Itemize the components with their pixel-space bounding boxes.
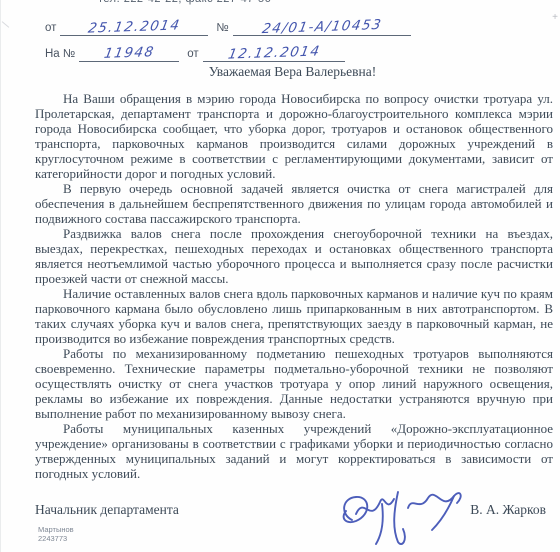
incoming-number-field: 11948 bbox=[79, 47, 179, 63]
body-paragraph: На Ваши обращения в мэрию города Новосиб… bbox=[35, 91, 553, 181]
reply-from-label: от bbox=[179, 48, 202, 62]
body-paragraph: Наличие оставленных валов снега вдоль па… bbox=[35, 286, 553, 346]
reply-label: На № bbox=[45, 48, 79, 62]
body-paragraph: В первую очередь основной задачей являет… bbox=[35, 181, 553, 226]
letter-body: На Ваши обращения в мэрию города Новосиб… bbox=[35, 91, 553, 481]
signer-name: В. А. Жарков bbox=[470, 502, 546, 518]
executor-phone: 2243773 bbox=[38, 535, 74, 544]
executor-note: Мартынов 2243773 bbox=[38, 526, 74, 543]
outgoing-number-handwritten: 24/01-А/10453 bbox=[261, 18, 383, 36]
from-label: от bbox=[45, 22, 60, 36]
body-paragraph: Работы по механизированному подметанию п… bbox=[35, 346, 553, 421]
outgoing-date-field: 25.12.2014 bbox=[60, 21, 208, 37]
reference-block: от 25.12.2014 № 24/01-А/10453 На № 11948… bbox=[45, 12, 411, 62]
incoming-date-field: 12.12.2014 bbox=[203, 47, 345, 63]
outgoing-date-handwritten: 25.12.2014 bbox=[87, 19, 182, 36]
scan-edge-artifact bbox=[0, 0, 1, 552]
incoming-number-handwritten: 11948 bbox=[103, 46, 156, 61]
scanned-letter-page: + тел. 222-42-22, факс 227-47-56 от 25.1… bbox=[0, 0, 560, 552]
salutation: Уважаемая Вера Валерьевна! bbox=[35, 64, 550, 80]
body-paragraph: Раздвижка валов снега после прохождения … bbox=[35, 226, 553, 286]
handwritten-signature bbox=[336, 484, 471, 550]
scan-corner-speck bbox=[2, 21, 10, 28]
body-paragraph: Работы муниципальных казенных учреждений… bbox=[35, 421, 553, 481]
letterhead-contact-line: тел. 222-42-22, факс 227-47-56 bbox=[98, 0, 271, 5]
registration-plus-mark: + bbox=[552, 12, 558, 23]
outgoing-number-field: 24/01-А/10453 bbox=[233, 21, 411, 37]
incoming-reference-line: На № 11948 от 12.12.2014 bbox=[45, 38, 411, 62]
incoming-date-handwritten: 12.12.2014 bbox=[226, 45, 321, 62]
number-label: № bbox=[208, 22, 232, 36]
outgoing-reference-line: от 25.12.2014 № 24/01-А/10453 bbox=[45, 12, 411, 36]
signer-position-title: Начальник департамента bbox=[35, 502, 179, 518]
